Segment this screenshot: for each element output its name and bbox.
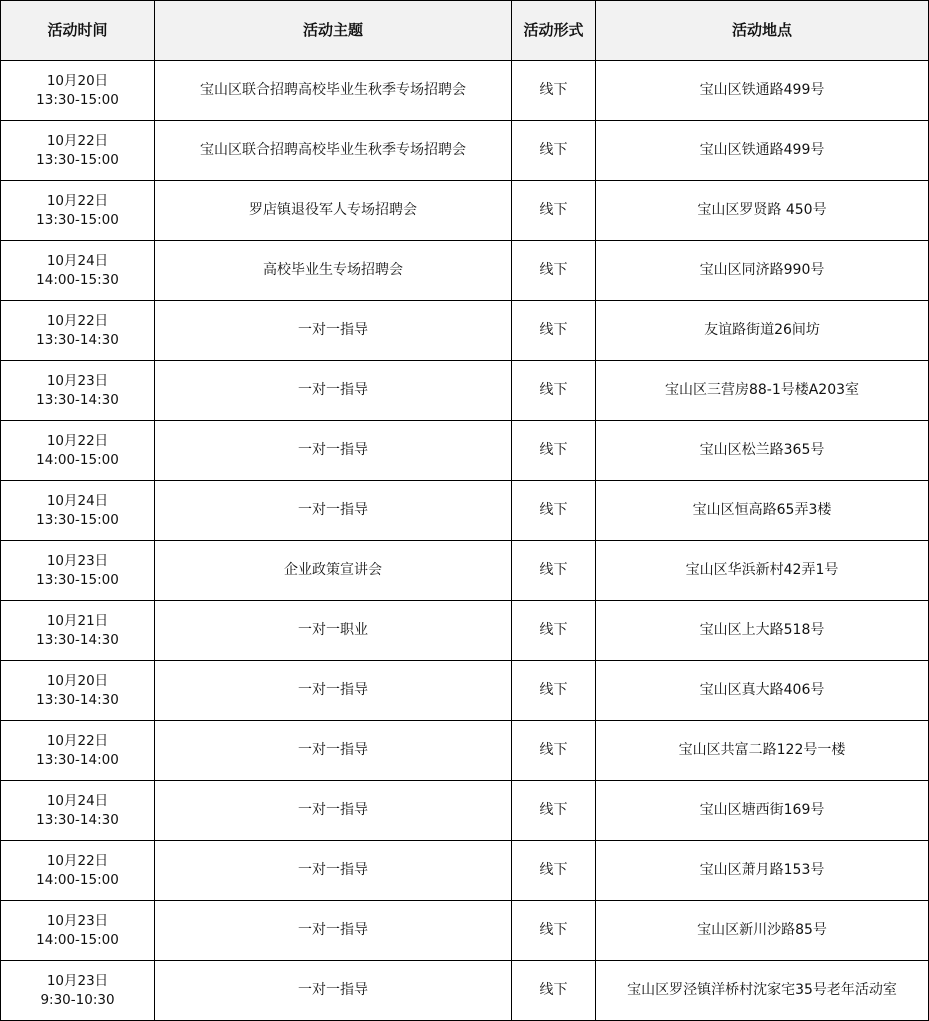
activity-time-range: 13:30-14:30 — [1, 391, 154, 410]
cell-activity-time: 10月23日13:30-15:00 — [1, 541, 155, 601]
table-row: 10月24日13:30-14:30一对一指导线下宝山区塘西街169号 — [1, 781, 929, 841]
cell-activity-theme: 一对一职业 — [155, 601, 512, 661]
table-row: 10月22日14:00-15:00一对一指导线下宝山区松兰路365号 — [1, 421, 929, 481]
cell-activity-time: 10月22日13:30-14:30 — [1, 301, 155, 361]
activity-date: 10月24日 — [1, 492, 154, 511]
table-row: 10月23日13:30-15:00企业政策宣讲会线下宝山区华浜新村42弄1号 — [1, 541, 929, 601]
cell-activity-location: 宝山区萧月路153号 — [596, 841, 929, 901]
cell-activity-time: 10月23日9:30-10:30 — [1, 961, 155, 1021]
cell-activity-theme: 一对一指导 — [155, 301, 512, 361]
activity-time-range: 13:30-15:00 — [1, 511, 154, 530]
cell-activity-location: 宝山区罗贤路 450号 — [596, 181, 929, 241]
cell-activity-time: 10月22日13:30-14:00 — [1, 721, 155, 781]
table-row: 10月22日13:30-14:00一对一指导线下宝山区共富二路122号一楼 — [1, 721, 929, 781]
activity-time-range: 14:00-15:00 — [1, 451, 154, 470]
cell-activity-location: 宝山区同济路990号 — [596, 241, 929, 301]
activity-time-range: 14:00-15:30 — [1, 271, 154, 290]
cell-activity-format: 线下 — [512, 901, 596, 961]
activity-time-range: 13:30-15:00 — [1, 211, 154, 230]
cell-activity-time: 10月20日13:30-14:30 — [1, 661, 155, 721]
cell-activity-theme: 一对一指导 — [155, 421, 512, 481]
activity-date: 10月23日 — [1, 972, 154, 991]
table-header: 活动时间 活动主题 活动形式 活动地点 — [1, 1, 929, 61]
table-row: 10月22日14:00-15:00一对一指导线下宝山区萧月路153号 — [1, 841, 929, 901]
header-activity-location: 活动地点 — [596, 1, 929, 61]
cell-activity-location: 宝山区松兰路365号 — [596, 421, 929, 481]
cell-activity-theme: 企业政策宣讲会 — [155, 541, 512, 601]
cell-activity-time: 10月23日13:30-14:30 — [1, 361, 155, 421]
cell-activity-theme: 高校毕业生专场招聘会 — [155, 241, 512, 301]
cell-activity-location: 宝山区铁通路499号 — [596, 61, 929, 121]
table-row: 10月24日13:30-15:00一对一指导线下宝山区恒高路65弄3楼 — [1, 481, 929, 541]
table-row: 10月22日13:30-14:30一对一指导线下友谊路街道26间坊 — [1, 301, 929, 361]
cell-activity-format: 线下 — [512, 61, 596, 121]
activity-date: 10月20日 — [1, 72, 154, 91]
cell-activity-theme: 一对一指导 — [155, 901, 512, 961]
cell-activity-location: 宝山区恒高路65弄3楼 — [596, 481, 929, 541]
activity-date: 10月21日 — [1, 612, 154, 631]
header-activity-theme: 活动主题 — [155, 1, 512, 61]
table-row: 10月20日13:30-14:30一对一指导线下宝山区真大路406号 — [1, 661, 929, 721]
cell-activity-theme: 一对一指导 — [155, 361, 512, 421]
activity-date: 10月23日 — [1, 912, 154, 931]
activity-time-range: 13:30-15:00 — [1, 91, 154, 110]
cell-activity-location: 宝山区上大路518号 — [596, 601, 929, 661]
cell-activity-theme: 宝山区联合招聘高校毕业生秋季专场招聘会 — [155, 121, 512, 181]
table-row: 10月23日9:30-10:30一对一指导线下宝山区罗泾镇洋桥村沈家宅35号老年… — [1, 961, 929, 1021]
cell-activity-time: 10月22日13:30-15:00 — [1, 181, 155, 241]
cell-activity-format: 线下 — [512, 661, 596, 721]
table-row: 10月21日13:30-14:30一对一职业线下宝山区上大路518号 — [1, 601, 929, 661]
cell-activity-format: 线下 — [512, 541, 596, 601]
cell-activity-location: 宝山区华浜新村42弄1号 — [596, 541, 929, 601]
cell-activity-theme: 一对一指导 — [155, 781, 512, 841]
activity-date: 10月24日 — [1, 792, 154, 811]
activity-schedule-table: 活动时间 活动主题 活动形式 活动地点 10月20日13:30-15:00宝山区… — [0, 0, 929, 1021]
activity-time-range: 13:30-14:30 — [1, 331, 154, 350]
activity-date: 10月22日 — [1, 852, 154, 871]
cell-activity-format: 线下 — [512, 301, 596, 361]
cell-activity-format: 线下 — [512, 361, 596, 421]
cell-activity-format: 线下 — [512, 841, 596, 901]
table-row: 10月23日14:00-15:00一对一指导线下宝山区新川沙路85号 — [1, 901, 929, 961]
cell-activity-format: 线下 — [512, 961, 596, 1021]
activity-time-range: 13:30-14:30 — [1, 631, 154, 650]
cell-activity-format: 线下 — [512, 121, 596, 181]
table-row: 10月24日14:00-15:30高校毕业生专场招聘会线下宝山区同济路990号 — [1, 241, 929, 301]
cell-activity-location: 宝山区共富二路122号一楼 — [596, 721, 929, 781]
cell-activity-format: 线下 — [512, 181, 596, 241]
cell-activity-theme: 罗店镇退役军人专场招聘会 — [155, 181, 512, 241]
activity-time-range: 13:30-15:00 — [1, 151, 154, 170]
activity-time-range: 13:30-15:00 — [1, 571, 154, 590]
cell-activity-theme: 一对一指导 — [155, 721, 512, 781]
cell-activity-location: 宝山区罗泾镇洋桥村沈家宅35号老年活动室 — [596, 961, 929, 1021]
table-row: 10月22日13:30-15:00宝山区联合招聘高校毕业生秋季专场招聘会线下宝山… — [1, 121, 929, 181]
cell-activity-time: 10月22日14:00-15:00 — [1, 421, 155, 481]
cell-activity-time: 10月20日13:30-15:00 — [1, 61, 155, 121]
cell-activity-location: 宝山区新川沙路85号 — [596, 901, 929, 961]
activity-time-range: 13:30-14:00 — [1, 751, 154, 770]
table-row: 10月23日13:30-14:30一对一指导线下宝山区三营房88-1号楼A203… — [1, 361, 929, 421]
table-row: 10月20日13:30-15:00宝山区联合招聘高校毕业生秋季专场招聘会线下宝山… — [1, 61, 929, 121]
activity-time-range: 14:00-15:00 — [1, 871, 154, 890]
cell-activity-time: 10月22日14:00-15:00 — [1, 841, 155, 901]
cell-activity-time: 10月23日14:00-15:00 — [1, 901, 155, 961]
cell-activity-location: 友谊路街道26间坊 — [596, 301, 929, 361]
table-row: 10月22日13:30-15:00罗店镇退役军人专场招聘会线下宝山区罗贤路 45… — [1, 181, 929, 241]
cell-activity-theme: 宝山区联合招聘高校毕业生秋季专场招聘会 — [155, 61, 512, 121]
activity-date: 10月22日 — [1, 312, 154, 331]
activity-date: 10月22日 — [1, 432, 154, 451]
cell-activity-theme: 一对一指导 — [155, 661, 512, 721]
cell-activity-format: 线下 — [512, 781, 596, 841]
cell-activity-format: 线下 — [512, 601, 596, 661]
cell-activity-time: 10月22日13:30-15:00 — [1, 121, 155, 181]
activity-date: 10月20日 — [1, 672, 154, 691]
header-activity-time: 活动时间 — [1, 1, 155, 61]
activity-date: 10月22日 — [1, 132, 154, 151]
cell-activity-theme: 一对一指导 — [155, 961, 512, 1021]
activity-time-range: 13:30-14:30 — [1, 811, 154, 830]
cell-activity-theme: 一对一指导 — [155, 481, 512, 541]
header-row: 活动时间 活动主题 活动形式 活动地点 — [1, 1, 929, 61]
activity-date: 10月23日 — [1, 552, 154, 571]
cell-activity-format: 线下 — [512, 421, 596, 481]
header-activity-format: 活动形式 — [512, 1, 596, 61]
activity-time-range: 9:30-10:30 — [1, 991, 154, 1010]
cell-activity-time: 10月24日13:30-15:00 — [1, 481, 155, 541]
activity-date: 10月23日 — [1, 372, 154, 391]
table-body: 10月20日13:30-15:00宝山区联合招聘高校毕业生秋季专场招聘会线下宝山… — [1, 61, 929, 1021]
activity-time-range: 14:00-15:00 — [1, 931, 154, 950]
cell-activity-format: 线下 — [512, 721, 596, 781]
activity-date: 10月22日 — [1, 192, 154, 211]
activity-date: 10月22日 — [1, 732, 154, 751]
activity-time-range: 13:30-14:30 — [1, 691, 154, 710]
cell-activity-format: 线下 — [512, 241, 596, 301]
cell-activity-time: 10月24日13:30-14:30 — [1, 781, 155, 841]
cell-activity-location: 宝山区塘西街169号 — [596, 781, 929, 841]
activity-date: 10月24日 — [1, 252, 154, 271]
cell-activity-time: 10月24日14:00-15:30 — [1, 241, 155, 301]
cell-activity-time: 10月21日13:30-14:30 — [1, 601, 155, 661]
cell-activity-location: 宝山区三营房88-1号楼A203室 — [596, 361, 929, 421]
cell-activity-location: 宝山区铁通路499号 — [596, 121, 929, 181]
cell-activity-location: 宝山区真大路406号 — [596, 661, 929, 721]
cell-activity-theme: 一对一指导 — [155, 841, 512, 901]
cell-activity-format: 线下 — [512, 481, 596, 541]
